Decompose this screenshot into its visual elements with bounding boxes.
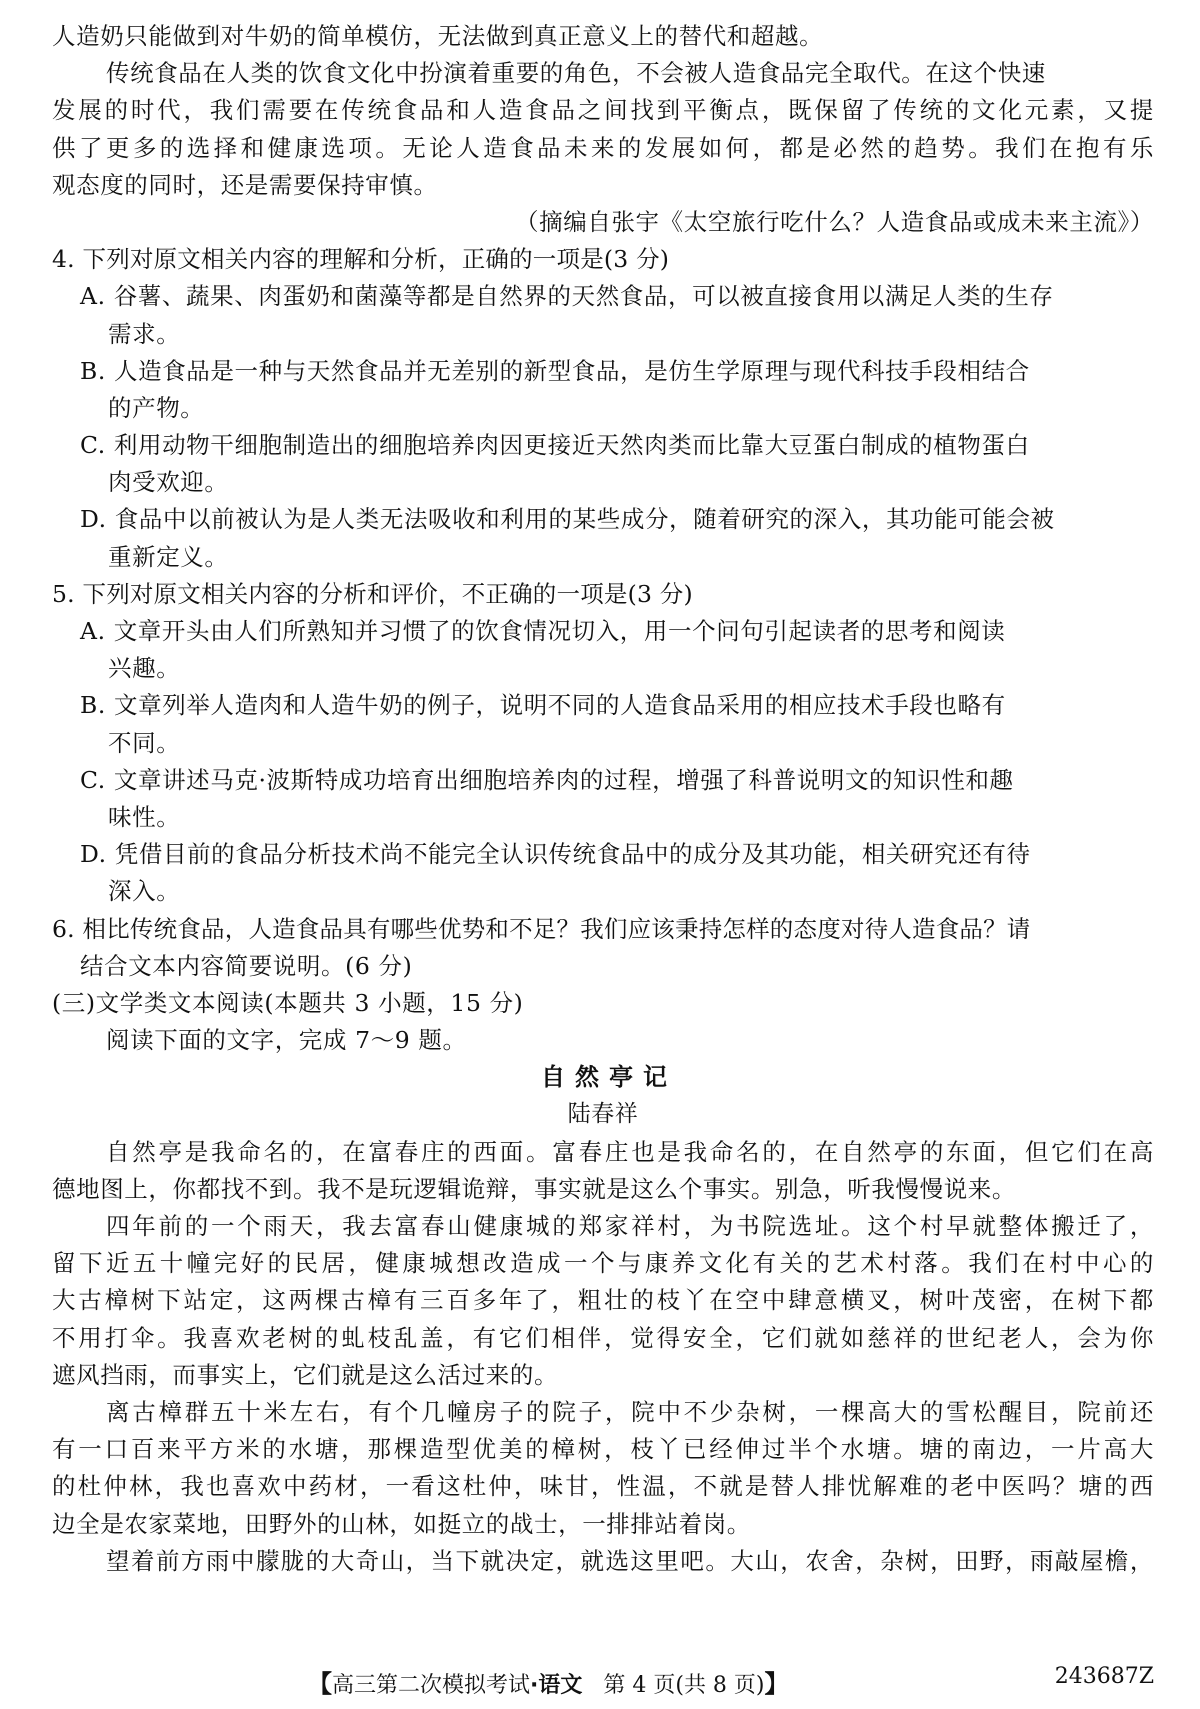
passage-line: 供了更多的选择和健康选项。无论人造食品未来的发展如何，都是必然的趋势。我们在抱有… (52, 130, 1154, 167)
section-three-instruction: 阅读下面的文字，完成 7～9 题。 (52, 1022, 1154, 1059)
article-line: 自然亭是我命名的，在富春庄的西面。富春庄也是我命名的，在自然亭的东面，但它们在高 (52, 1134, 1154, 1171)
footer-page-info: 第 4 页(共 8 页) (603, 1673, 764, 1698)
question-4-option-a-cont: 需求。 (52, 316, 1154, 353)
question-5-option-d-cont: 深入。 (52, 873, 1154, 910)
passage-line: 观态度的同时，还是需要保持审慎。 (52, 167, 1154, 204)
question-6-stem-cont: 结合文本内容简要说明。(6 分) (52, 948, 1154, 985)
footer-subject: 语文 (538, 1673, 582, 1698)
question-4-option-b: B. 人造食品是一种与天然食品并无差别的新型食品，是仿生学原理与现代科技手段相结… (52, 353, 1154, 390)
question-5-option-a: A. 文章开头由人们所熟知并习惯了的饮食情况切入，用一个问句引起读者的思考和阅读 (52, 613, 1154, 650)
article-line: 离古樟群五十米左右，有个几幢房子的院子，院中不少杂树，一棵高大的雪松醒目，院前还 (52, 1394, 1154, 1431)
question-4-option-a: A. 谷薯、蔬果、肉蛋奶和菌藻等都是自然界的天然食品，可以被直接食用以满足人类的… (52, 278, 1154, 315)
question-4-option-c: C. 利用动物干细胞制造出的细胞培养肉因更接近天然肉类而比靠大豆蛋白制成的植物蛋… (52, 427, 1154, 464)
article-title: 自然亭记 (52, 1059, 1154, 1096)
article-line: 不用打伞。我喜欢老树的虬枝乱盖，有它们相伴，觉得安全，它们就如慈祥的世纪老人，会… (52, 1320, 1154, 1357)
question-4-option-d-cont: 重新定义。 (52, 539, 1154, 576)
passage-line: 发展的时代，我们需要在传统食品和人造食品之间找到平衡点，既保留了传统的文化元素，… (52, 92, 1154, 129)
article-line: 望着前方雨中朦胧的大奇山，当下就决定，就选这里吧。大山，农舍，杂树，田野，雨敲屋… (52, 1543, 1154, 1580)
article-line: 遮风挡雨，而事实上，它们就是这么活过来的。 (52, 1357, 1154, 1394)
footer-close-bracket: 】 (765, 1669, 789, 1698)
question-5-option-d: D. 凭借目前的食品分析技术尚不能完全认识传统食品中的成分及其功能，相关研究还有… (52, 836, 1154, 873)
question-4-option-b-cont: 的产物。 (52, 390, 1154, 427)
footer-exam-code: 243687Z (1055, 1664, 1154, 1689)
article-line: 有一口百来平方米的水塘，那棵造型优美的樟树，枝丫已经伸过半个水塘。塘的南边，一片… (52, 1431, 1154, 1468)
exam-page: 人造奶只能做到对牛奶的简单模仿，无法做到真正意义上的替代和超越。 传统食品在人类… (52, 18, 1154, 1580)
article-line: 德地图上，你都找不到。我不是玩逻辑诡辩，事实就是这么个事实。别急，听我慢慢说来。 (52, 1171, 1154, 1208)
article-line: 边全是农家菜地，田野外的山林，如挺立的战士，一排排站着岗。 (52, 1506, 1154, 1543)
section-three-heading: (三)文学类文本阅读(本题共 3 小题，15 分) (52, 985, 1154, 1022)
question-5-option-b-cont: 不同。 (52, 725, 1154, 762)
article-line: 大古樟树下站定，这两棵古樟有三百多年了，粗壮的枝丫在空中肆意横叉，树叶茂密，在树… (52, 1282, 1154, 1319)
article-author: 陆春祥 (52, 1096, 1154, 1133)
question-5-option-a-cont: 兴趣。 (52, 650, 1154, 687)
question-4-option-c-cont: 肉受欢迎。 (52, 464, 1154, 501)
citation: （摘编自张宇《太空旅行吃什么？人造食品或成未来主流》） (52, 204, 1154, 241)
question-6-stem: 6. 相比传统食品，人造食品具有哪些优势和不足？我们应该秉持怎样的态度对待人造食… (52, 911, 1154, 948)
passage-line: 人造奶只能做到对牛奶的简单模仿，无法做到真正意义上的替代和超越。 (52, 18, 1154, 55)
page-footer: 【高三第二次模拟考试·语文 第 4 页(共 8 页)】 243687Z (0, 1664, 1200, 1694)
question-5-stem: 5. 下列对原文相关内容的分析和评价，不正确的一项是(3 分) (52, 576, 1154, 613)
article-line: 四年前的一个雨天，我去富春山健康城的郑家祥村，为书院选址。这个村早就整体搬迁了， (52, 1208, 1154, 1245)
question-4-option-d: D. 食品中以前被认为是人类无法吸收和利用的某些成分，随着研究的深入，其功能可能… (52, 501, 1154, 538)
passage-line: 传统食品在人类的饮食文化中扮演着重要的角色，不会被人造食品完全取代。在这个快速 (52, 55, 1154, 92)
article-line: 留下近五十幢完好的民居，健康城想改造成一个与康养文化有关的艺术村落。我们在村中心… (52, 1245, 1154, 1282)
footer-exam-info: 【高三第二次模拟考试·语文 第 4 页(共 8 页)】 (308, 1664, 789, 1699)
question-5-option-c-cont: 味性。 (52, 799, 1154, 836)
question-4-stem: 4. 下列对原文相关内容的理解和分析，正确的一项是(3 分) (52, 241, 1154, 278)
article-line: 的杜仲林，我也喜欢中药材，一看这杜仲，味甘，性温，不就是替人排忧解难的老中医吗？… (52, 1468, 1154, 1505)
question-5-option-c: C. 文章讲述马克·波斯特成功培育出细胞培养肉的过程，增强了科普说明文的知识性和… (52, 762, 1154, 799)
question-5-option-b: B. 文章列举人造肉和人造牛奶的例子，说明不同的人造食品采用的相应技术手段也略有 (52, 687, 1154, 724)
footer-exam-name: 高三第二次模拟考试 (332, 1673, 530, 1698)
footer-open-bracket: 【 (308, 1669, 332, 1698)
